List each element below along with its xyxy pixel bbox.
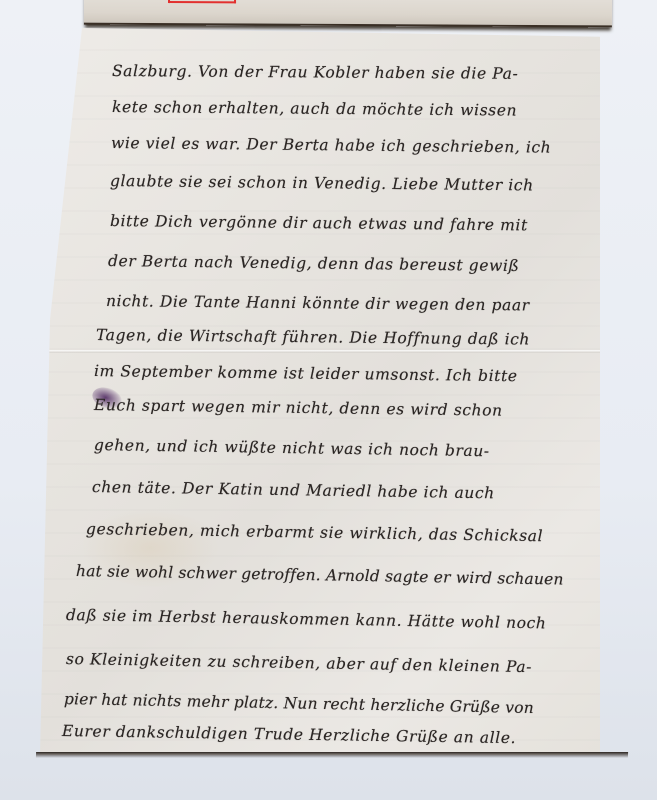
text-line: Salzburg. Von der Frau Kobler haben sie …: [112, 62, 518, 83]
text-line: kete schon erhalten, auch da möchte ich …: [112, 98, 517, 120]
text-line: so Kleinigkeiten zu schreiben, aber auf …: [66, 650, 532, 676]
text-line: chen täte. Der Katin und Mariedl habe ic…: [92, 478, 495, 502]
text-line: glaubte sie sei schon in Venedig. Liebe …: [110, 172, 534, 194]
text-line: Tagen, die Wirtschaft führen. Die Hoffnu…: [96, 326, 530, 349]
text-line: bitte Dich vergönne dir auch etwas und f…: [110, 212, 528, 234]
text-line: hat sie wohl schwer getroffen. Arnold sa…: [76, 562, 564, 589]
text-line: daß sie im Herbst herauskommen kann. Hät…: [66, 606, 547, 632]
text-line: Eurer dankschuldigen Trude Herzliche Grü…: [62, 722, 516, 747]
text-line: nicht. Die Tante Hanni könnte dir wegen …: [106, 292, 530, 314]
text-line: pier hat nichts mehr platz. Nun recht he…: [64, 690, 534, 717]
text-line: der Berta nach Venedig, denn das bereust…: [108, 252, 520, 275]
text-line: gehen, und ich wüßte nicht was ich noch …: [94, 436, 490, 460]
handwritten-text: Salzburg. Von der Frau Kobler haben sie …: [0, 0, 657, 800]
text-line: geschrieben, mich erbarmt sie wirklich, …: [86, 520, 543, 545]
text-line: im September komme ist leider umsonst. I…: [94, 362, 518, 385]
text-line: Euch spart wegen mir nicht, denn es wird…: [94, 396, 503, 420]
text-line: wie viel es war. Der Berta habe ich gesc…: [111, 134, 551, 157]
